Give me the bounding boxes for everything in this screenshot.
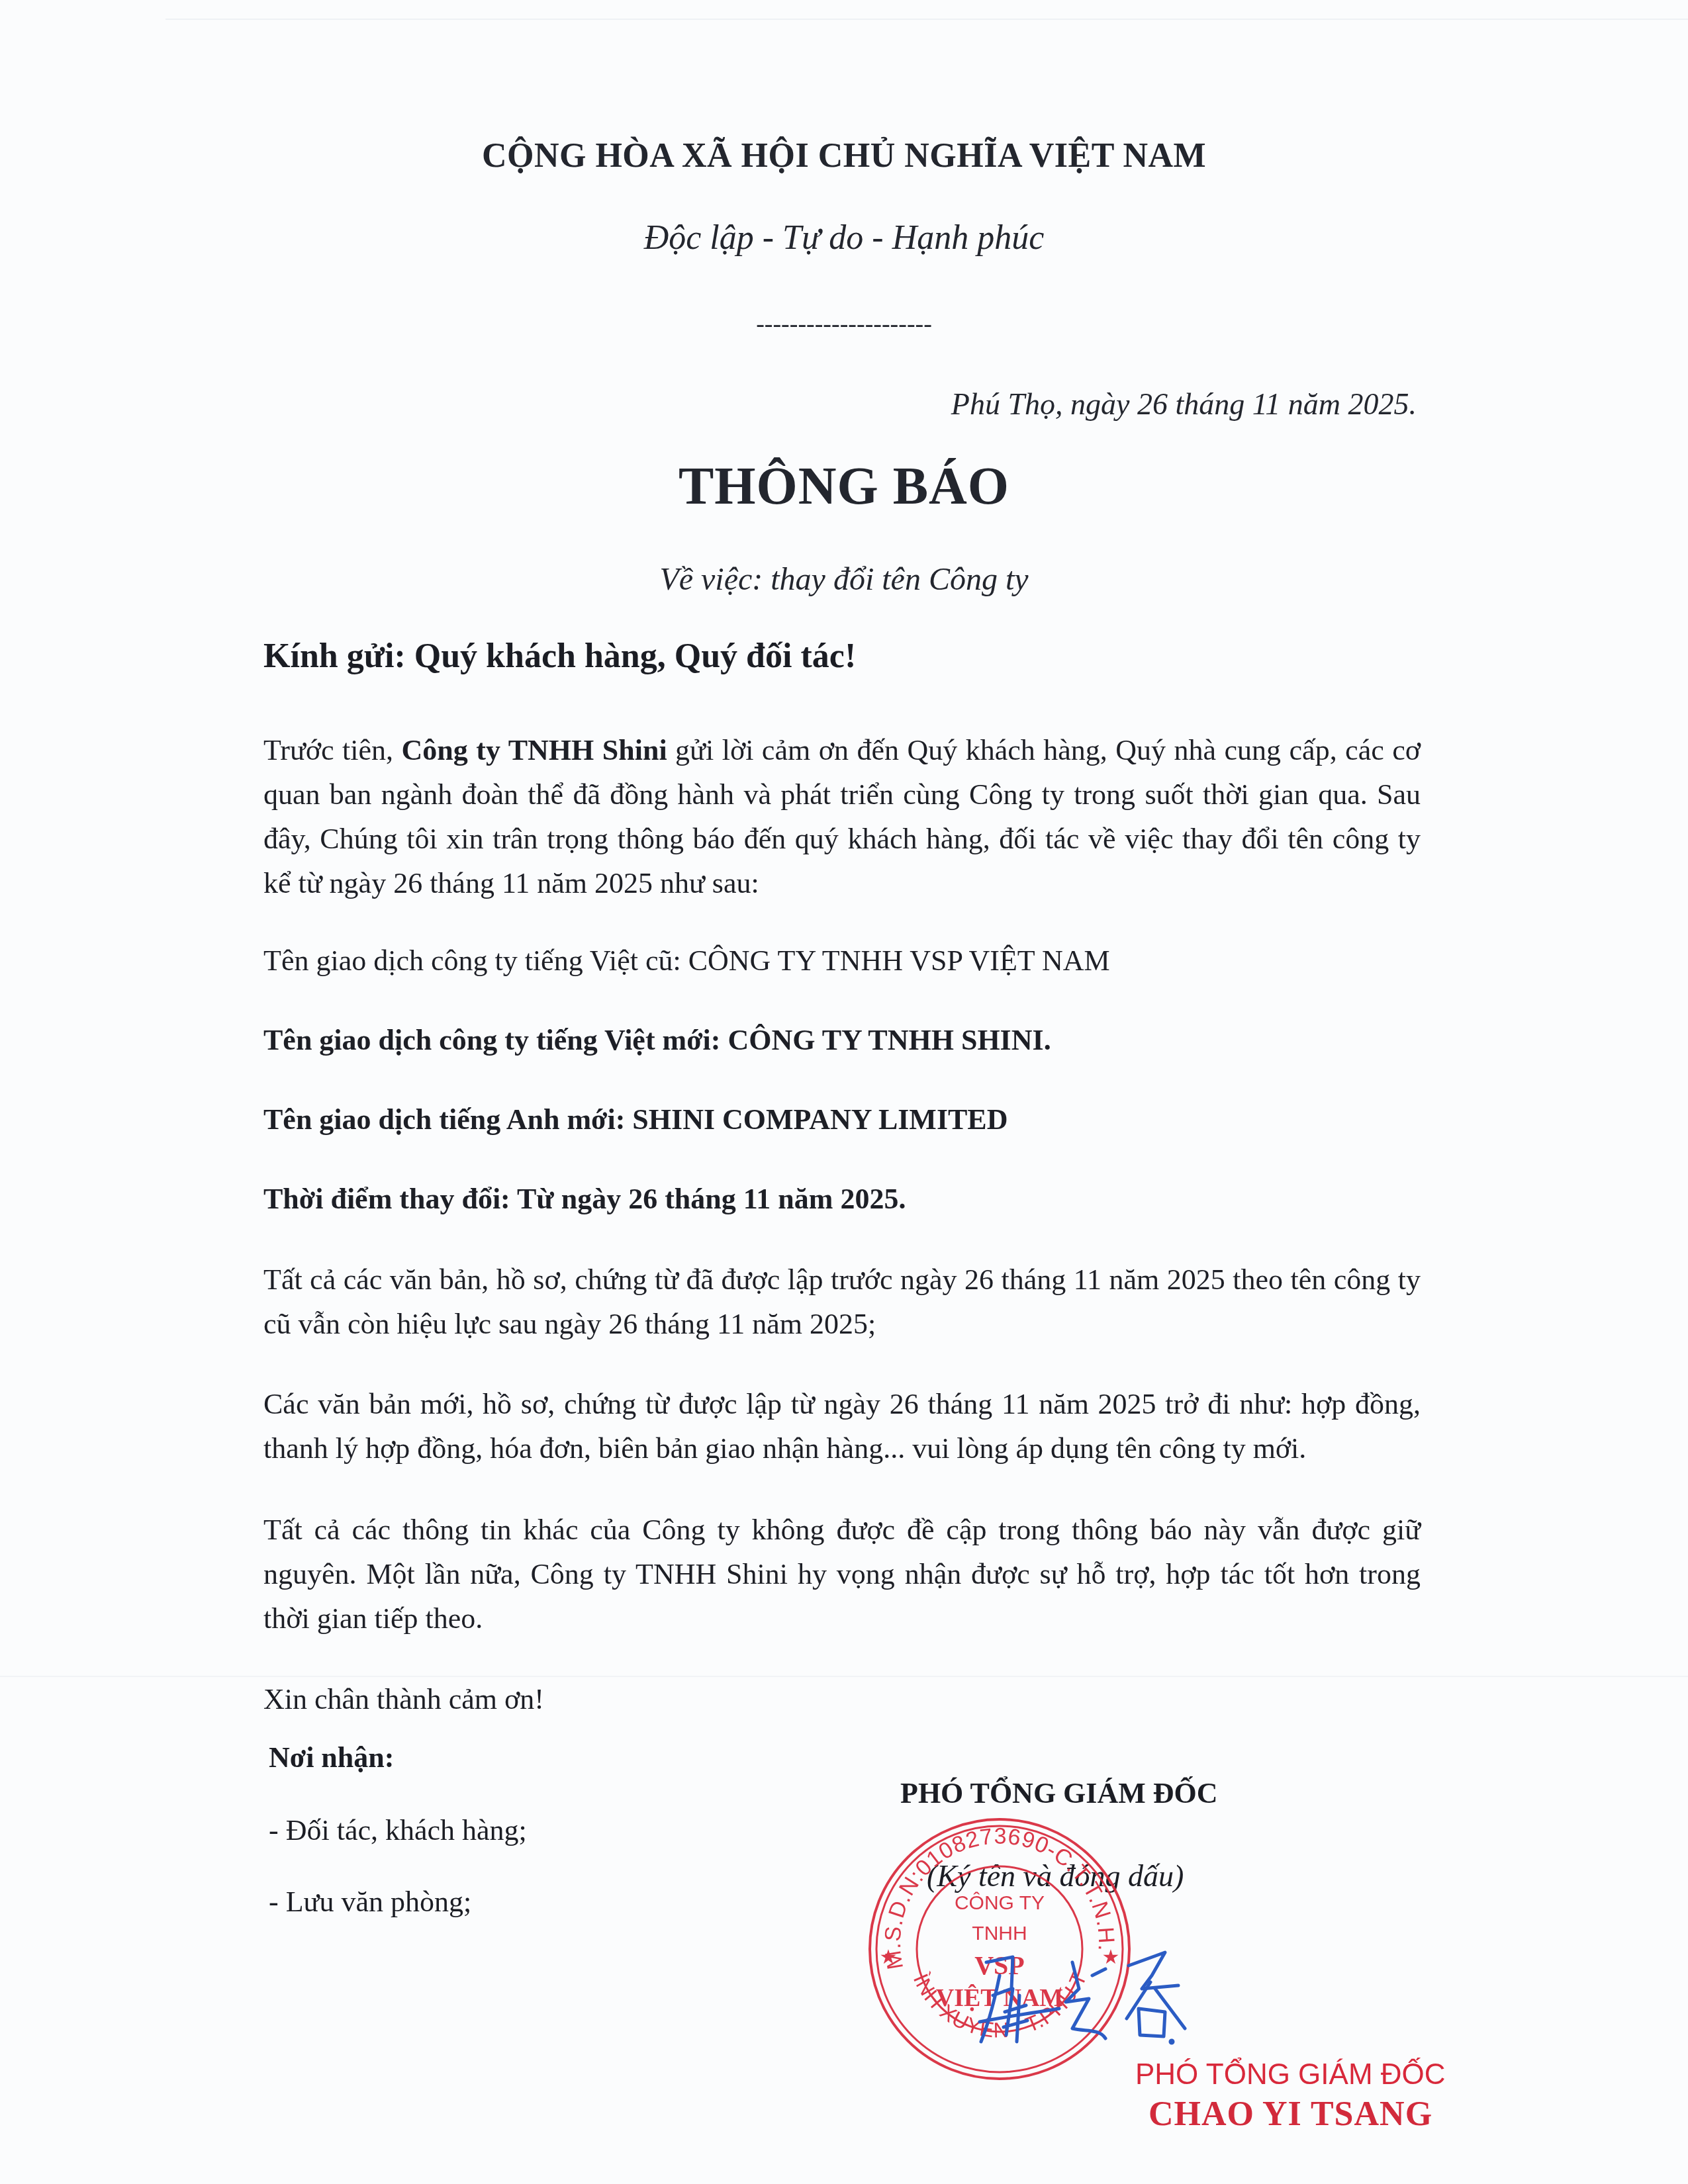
- signer-name: CHAO YI TSANG: [1149, 2095, 1432, 2134]
- stamp-position-title: PHÓ TỔNG GIÁM ĐỐC: [1135, 2058, 1446, 2091]
- closing-thanks: Xin chân thành cảm ơn!: [263, 1682, 544, 1716]
- old-vietnamese-name: Tên giao dịch công ty tiếng Việt cũ: CÔN…: [263, 938, 1421, 983]
- intro-prefix: Trước tiên,: [263, 734, 402, 766]
- document-subject: Về việc: thay đổi tên Công ty: [0, 561, 1688, 598]
- recipient-item: - Đối tác, khách hàng;: [269, 1813, 527, 1847]
- svg-text:M.S.D.N:0108273690-C.T.T.N.H.H: M.S.D.N:0108273690-C.T.T.N.H.H: [861, 1810, 1119, 1972]
- place-date: Phú Thọ, ngày 26 tháng 11 năm 2025.: [951, 387, 1417, 422]
- scan-artifact-line: [0, 1676, 1688, 1677]
- national-title: CỘNG HÒA XÃ HỘI CHỦ NGHĨA VIỆT NAM: [0, 136, 1688, 175]
- effective-date: Thời điểm thay đổi: Từ ngày 26 tháng 11 …: [263, 1177, 1421, 1221]
- header-divider: ---------------------: [0, 310, 1688, 339]
- recipients-title: Nơi nhận:: [269, 1741, 394, 1774]
- new-vietnamese-name: Tên giao dịch công ty tiếng Việt mới: CÔ…: [263, 1018, 1421, 1062]
- signatory-position: PHÓ TỔNG GIÁM ĐỐC: [900, 1776, 1218, 1810]
- document-title: THÔNG BÁO: [0, 457, 1688, 517]
- other-info-paragraph: Tất cả các thông tin khác của Công ty kh…: [263, 1508, 1421, 1641]
- scan-artifact-line: [165, 19, 1688, 20]
- company-name: Công ty TNHH Shini: [402, 734, 667, 766]
- recipient-item: - Lưu văn phòng;: [269, 1885, 471, 1919]
- intro-paragraph: Trước tiên, Công ty TNHH Shini gửi lời c…: [263, 728, 1421, 905]
- new-english-name: Tên giao dịch tiếng Anh mới: SHINI COMPA…: [263, 1097, 1421, 1142]
- stamp-ring-top: M.S.D.N:0108273690-C.T.T.N.H.H: [861, 1810, 1119, 1972]
- stamp-line-company: CÔNG TY: [955, 1891, 1045, 1914]
- salutation: Kính gửi: Quý khách hàng, Quý đối tác!: [263, 637, 856, 676]
- handwritten-signature: [973, 1949, 1251, 2048]
- new-documents-paragraph: Các văn bản mới, hồ sơ, chứng từ được lậ…: [263, 1382, 1421, 1471]
- old-documents-paragraph: Tất cả các văn bản, hồ sơ, chứng từ đã đ…: [263, 1257, 1421, 1346]
- stamp-star-icon: ★: [880, 1946, 898, 1968]
- stamp-line-type: TNHH: [972, 1923, 1027, 1944]
- national-motto: Độc lập - Tự do - Hạnh phúc: [0, 218, 1688, 257]
